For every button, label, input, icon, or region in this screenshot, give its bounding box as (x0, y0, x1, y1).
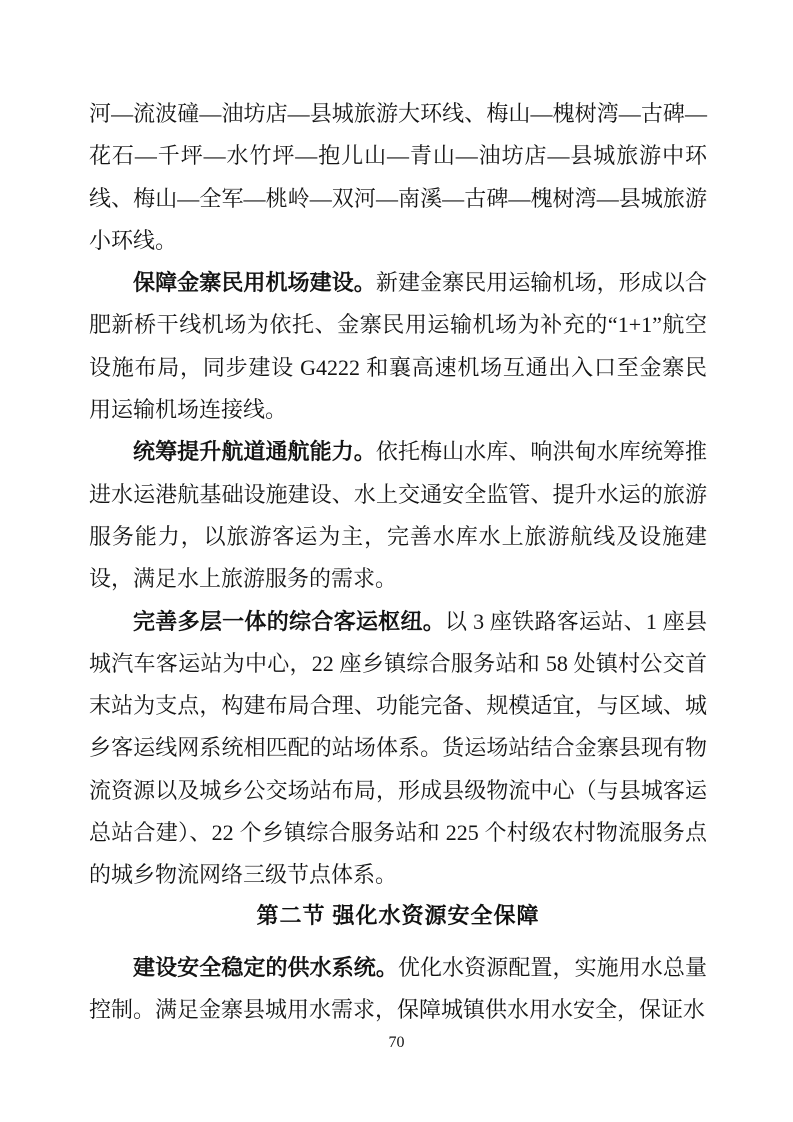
paragraph-lead-sentence: 完善多层一体的综合客运枢纽。 (133, 609, 445, 634)
paragraph-block-before-heading: 河—流波䃥—油坊店—县城旅游大环线、梅山—槐树湾—古碑—花石—千坪—水竹坪—抱儿… (89, 93, 707, 897)
paragraph-block-after-heading: 建设安全稳定的供水系统。优化水资源配置，实施用水总量控制。满足金寨县城用水需求，… (89, 947, 707, 1032)
section-heading: 第二节 强化水资源安全保障 (89, 901, 707, 931)
paragraph-lead-sentence: 统筹提升航道通航能力。 (133, 439, 376, 464)
document-page: 河—流波䃥—油坊店—县城旅游大环线、梅山—槐树湾—古碑—花石—千坪—水竹坪—抱儿… (0, 0, 793, 1122)
paragraph: 建设安全稳定的供水系统。优化水资源配置，实施用水总量控制。满足金寨县城用水需求，… (89, 947, 707, 1032)
page-number: 70 (0, 1034, 793, 1052)
paragraph-lead-sentence: 保障金寨民用机场建设。 (133, 270, 376, 295)
paragraph: 完善多层一体的综合客运枢纽。以 3 座铁路客运站、1 座县城汽车客运站为中心，2… (89, 601, 707, 897)
paragraph-lead-sentence: 建设安全稳定的供水系统。 (133, 955, 398, 980)
paragraph-text: 以 3 座铁路客运站、1 座县城汽车客运站为中心，22 座乡镇综合服务站和 58… (89, 609, 707, 888)
paragraph: 保障金寨民用机场建设。新建金寨民用运输机场，形成以合肥新桥干线机场为依托、金寨民… (89, 262, 707, 431)
paragraph: 河—流波䃥—油坊店—县城旅游大环线、梅山—槐树湾—古碑—花石—千坪—水竹坪—抱儿… (89, 93, 707, 262)
text-content-area: 河—流波䃥—油坊店—县城旅游大环线、梅山—槐树湾—古碑—花石—千坪—水竹坪—抱儿… (89, 93, 707, 1031)
paragraph-text: 河—流波䃥—油坊店—县城旅游大环线、梅山—槐树湾—古碑—花石—千坪—水竹坪—抱儿… (89, 101, 707, 253)
paragraph: 统筹提升航道通航能力。依托梅山水库、响洪甸水库统筹推进水运港航基础设施建设、水上… (89, 431, 707, 600)
